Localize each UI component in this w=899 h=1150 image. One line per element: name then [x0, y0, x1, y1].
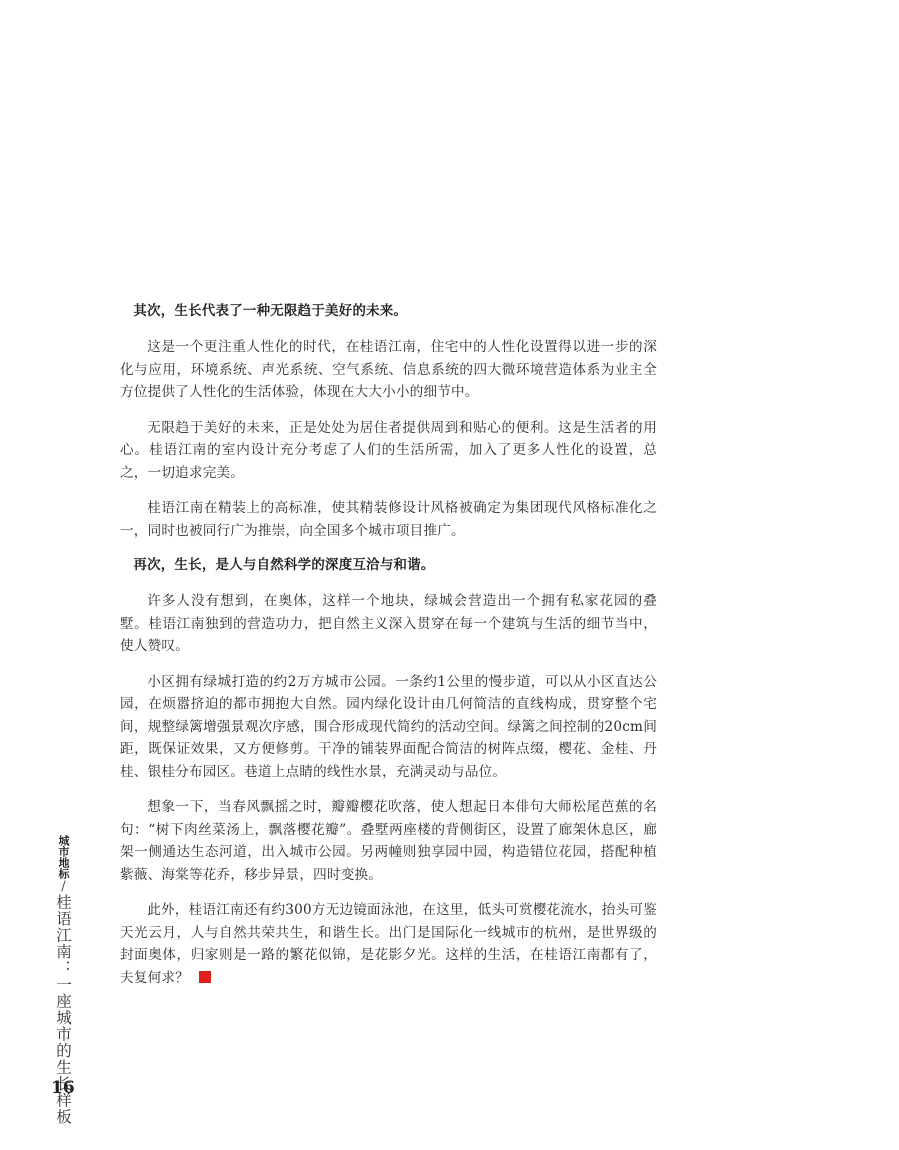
page-number: 16	[51, 1078, 75, 1098]
section-heading: 再次，生长，是人与自然科学的深度互洽与和谐。	[120, 555, 657, 577]
paragraph: 桂语江南在精装上的高标准，使其精装修设计风格被确定为集团现代风格标准化之一，同时…	[120, 497, 657, 542]
paragraph-last: 此外，桂语江南还有约300方无边镜面泳池，在这里，低头可赏樱花流水，抬头可鉴天光…	[120, 899, 657, 989]
spine-separator: /	[56, 879, 71, 894]
paragraph: 小区拥有绿城打造的约2万方城市公园。一条约1公里的慢步道，可以从小区直达公园，在…	[120, 671, 657, 784]
article-body: 其次，生长代表了一种无限趋于美好的未来。 这是一个更注重人性化的时代，在桂语江南…	[120, 301, 657, 1002]
section-heading: 其次，生长代表了一种无限趋于美好的未来。	[120, 301, 657, 323]
paragraph: 许多人没有想到，在奥体，这样一个地块，绿城会营造出一个拥有私家花园的叠墅。桂语江…	[120, 590, 657, 658]
paragraph: 想象一下，当春风飘摇之时，瓣瓣樱花吹落，使人想起日本俳句大师松尾芭蕉的名句：“树…	[120, 796, 657, 886]
spine-category: 城市地标	[57, 835, 70, 879]
paragraph: 无限趋于美好的未来，正是处处为居住者提供周到和贴心的便利。这是生活者的用心。桂语…	[120, 417, 657, 485]
end-mark-icon	[199, 971, 211, 983]
paragraph: 这是一个更注重人性化的时代，在桂语江南，住宅中的人性化设置得以进一步的深化与应用…	[120, 336, 657, 404]
